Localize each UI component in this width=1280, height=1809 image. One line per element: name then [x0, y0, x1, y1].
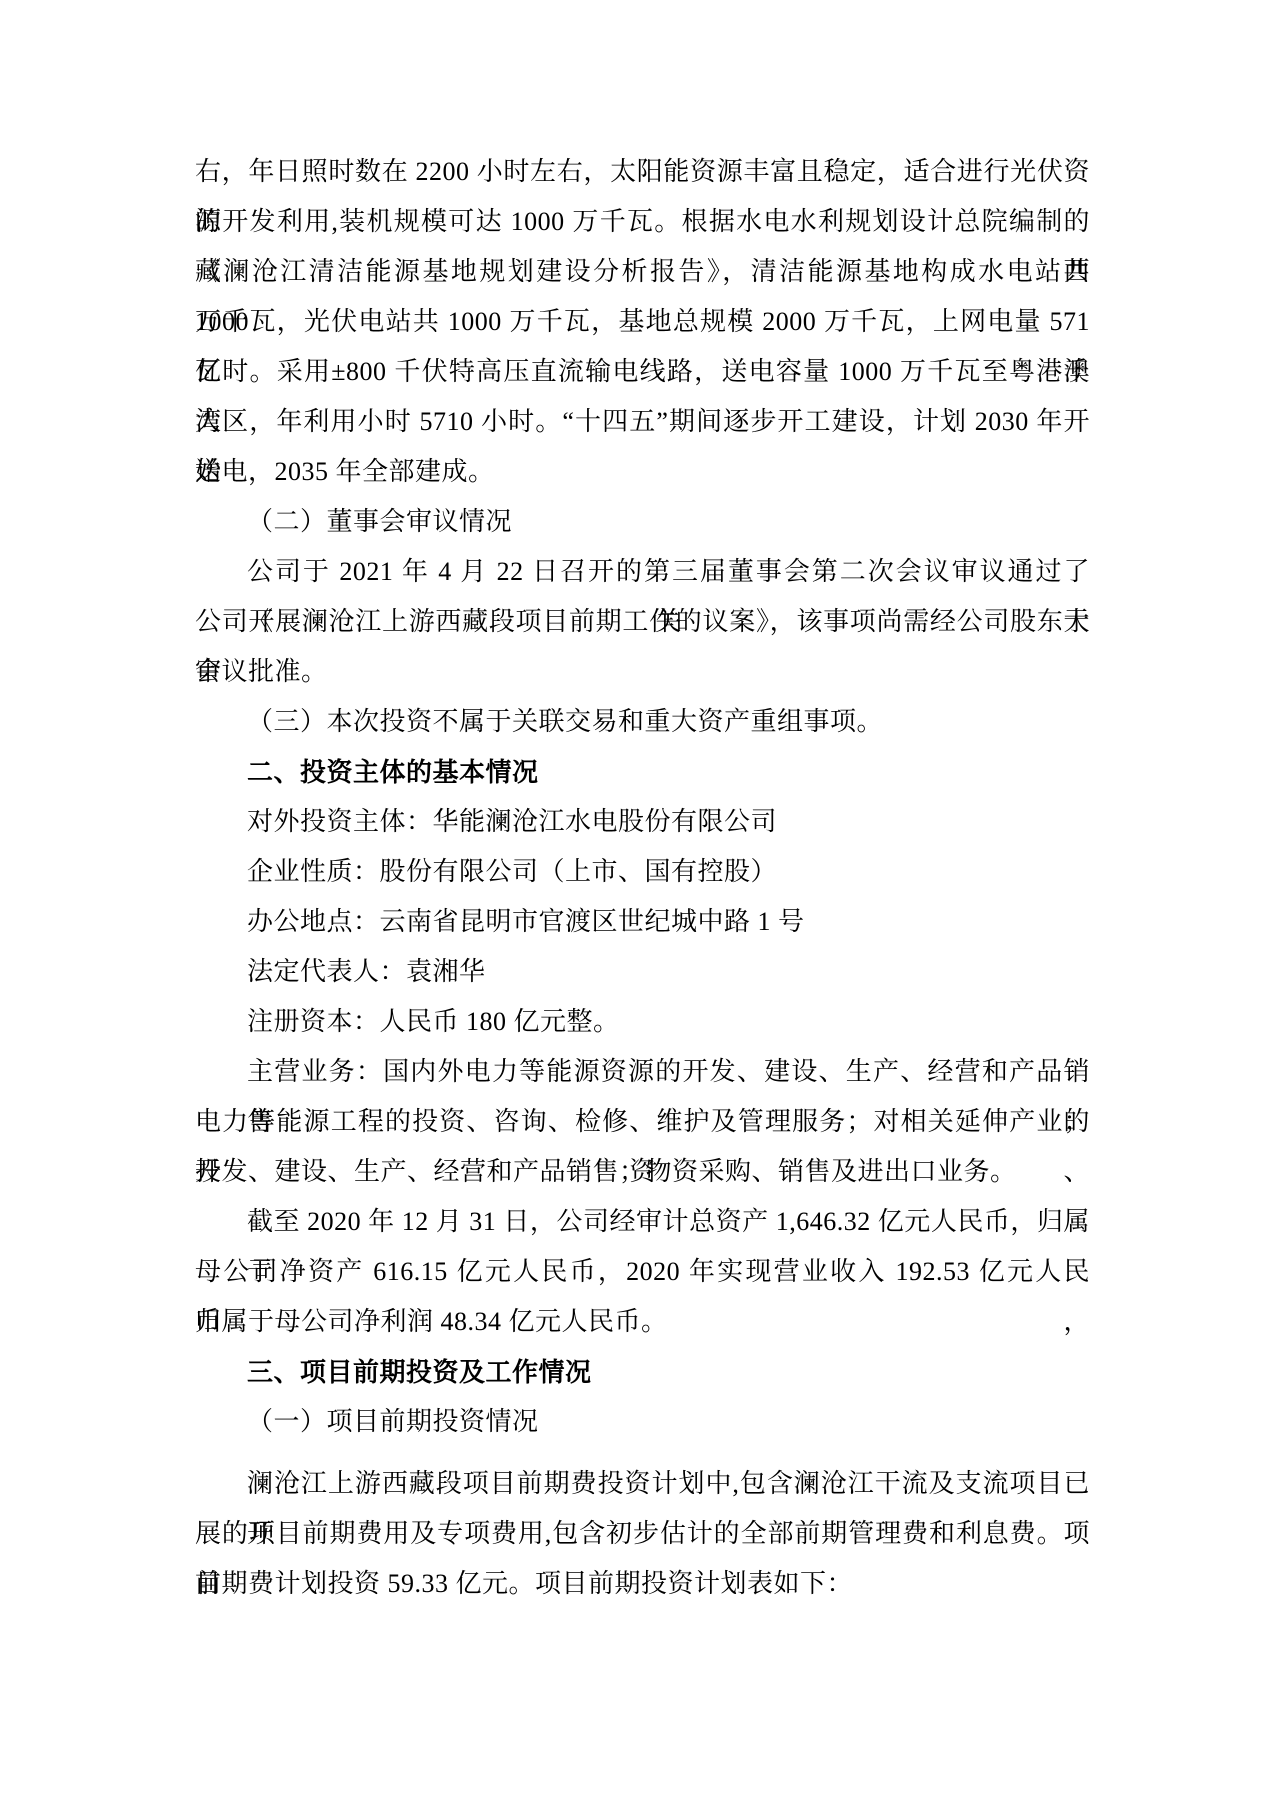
doc-line: 瓦时。采用±800 千伏特高压直流输电线路，送电容量 1000 万千瓦至粤港澳大 — [195, 347, 1090, 397]
subsection-heading: （三）本次投资不属于关联交易和重大资产重组事项。 — [195, 697, 1090, 747]
section-heading: 二、投资主体的基本情况 — [195, 747, 1090, 797]
document-page: 右，年日照时数在 2200 小时左右，太阳能资源丰富且稳定，适合进行光伏资源 的… — [0, 0, 1280, 1809]
section-heading: 三、项目前期投资及工作情况 — [195, 1347, 1090, 1397]
doc-line: 送电，2035 年全部建成。 — [195, 447, 1090, 497]
doc-line: 企业性质：股份有限公司（上市、国有控股） — [195, 847, 1090, 897]
doc-line: 湾区，年利用小时 5710 小时。“十四五”期间逐步开工建设，计划 2030 年… — [195, 397, 1090, 447]
document-text-block: 右，年日照时数在 2200 小时左右，太阳能资源丰富且稳定，适合进行光伏资源 的… — [195, 147, 1090, 1609]
doc-line: 公司开展澜沧江上游西藏段项目前期工作的议案》，该事项尚需经公司股东大会 — [195, 597, 1090, 647]
doc-line: 对外投资主体：华能澜沧江水电股份有限公司 — [195, 797, 1090, 847]
doc-line: 开发、建设、生产、经营和产品销售；物资采购、销售及进出口业务。 — [195, 1147, 1090, 1197]
doc-line: 展的项目前期费用及专项费用,包含初步估计的全部前期管理费和利息费。项目 — [195, 1509, 1090, 1559]
subsection-heading: （一）项目前期投资情况 — [195, 1397, 1090, 1447]
doc-line: 电力等能源工程的投资、咨询、检修、维护及管理服务；对相关延伸产业的投资、 — [195, 1097, 1090, 1147]
doc-line: 截至 2020 年 12 月 31 日，公司经审计总资产 1,646.32 亿元… — [195, 1197, 1090, 1247]
doc-line: 前期费计划投资 59.33 亿元。项目前期投资计划表如下： — [195, 1559, 1090, 1609]
doc-line: 注册资本：人民币 180 亿元整。 — [195, 997, 1090, 1047]
subsection-heading: （二）董事会审议情况 — [195, 497, 1090, 547]
doc-line: 万千瓦，光伏电站共 1000 万千瓦，基地总规模 2000 万千瓦，上网电量 5… — [195, 297, 1090, 347]
doc-line: 澜沧江上游西藏段项目前期费投资计划中,包含澜沧江干流及支流项目已开 — [195, 1459, 1090, 1509]
doc-line: 法定代表人：袁湘华 — [195, 947, 1090, 997]
doc-line: 的开发利用,装机规模可达 1000 万千瓦。根据水电水利规划设计总院编制的《西 — [195, 197, 1090, 247]
doc-line: 审议批准。 — [195, 647, 1090, 697]
doc-line: 藏澜沧江清洁能源基地规划建设分析报告》，清洁能源基地构成水电站共 1000 — [195, 247, 1090, 297]
doc-line: 主营业务：国内外电力等能源资源的开发、建设、生产、经营和产品销售； — [195, 1047, 1090, 1097]
doc-line: 母公司净资产 616.15 亿元人民币，2020 年实现营业收入 192.53 … — [195, 1247, 1090, 1297]
doc-line: 右，年日照时数在 2200 小时左右，太阳能资源丰富且稳定，适合进行光伏资源 — [195, 147, 1090, 197]
doc-line: 公司于 2021 年 4 月 22 日召开的第三届董事会第二次会议审议通过了《关… — [195, 547, 1090, 597]
doc-line: 办公地点：云南省昆明市官渡区世纪城中路 1 号 — [195, 897, 1090, 947]
